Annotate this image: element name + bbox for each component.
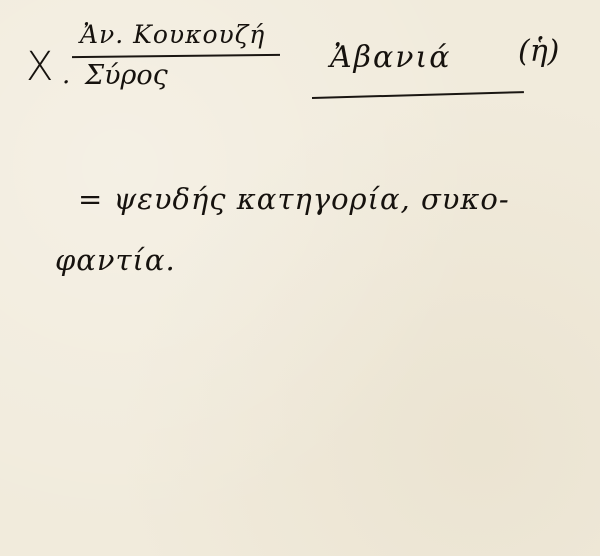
source-informant: Ἀν. Κουκουζή	[80, 20, 265, 49]
headword-gender: (ἡ)	[518, 34, 559, 69]
headword-underline	[312, 91, 524, 99]
definition-line-1: = ψευδής κατηγορία, συκο-	[78, 182, 510, 216]
source-fraction-line	[72, 54, 280, 58]
category-mark: Χ	[26, 44, 53, 90]
definition-line-2: φαντία.	[55, 243, 176, 277]
source-place: Σύρος	[85, 60, 168, 91]
headword: Ἀβανιά	[330, 40, 452, 75]
index-card: Χ . Ἀν. Κουκουζή Σύρος Ἀβανιά (ἡ) = ψευδ…	[0, 0, 600, 556]
category-dot: .	[62, 60, 70, 90]
